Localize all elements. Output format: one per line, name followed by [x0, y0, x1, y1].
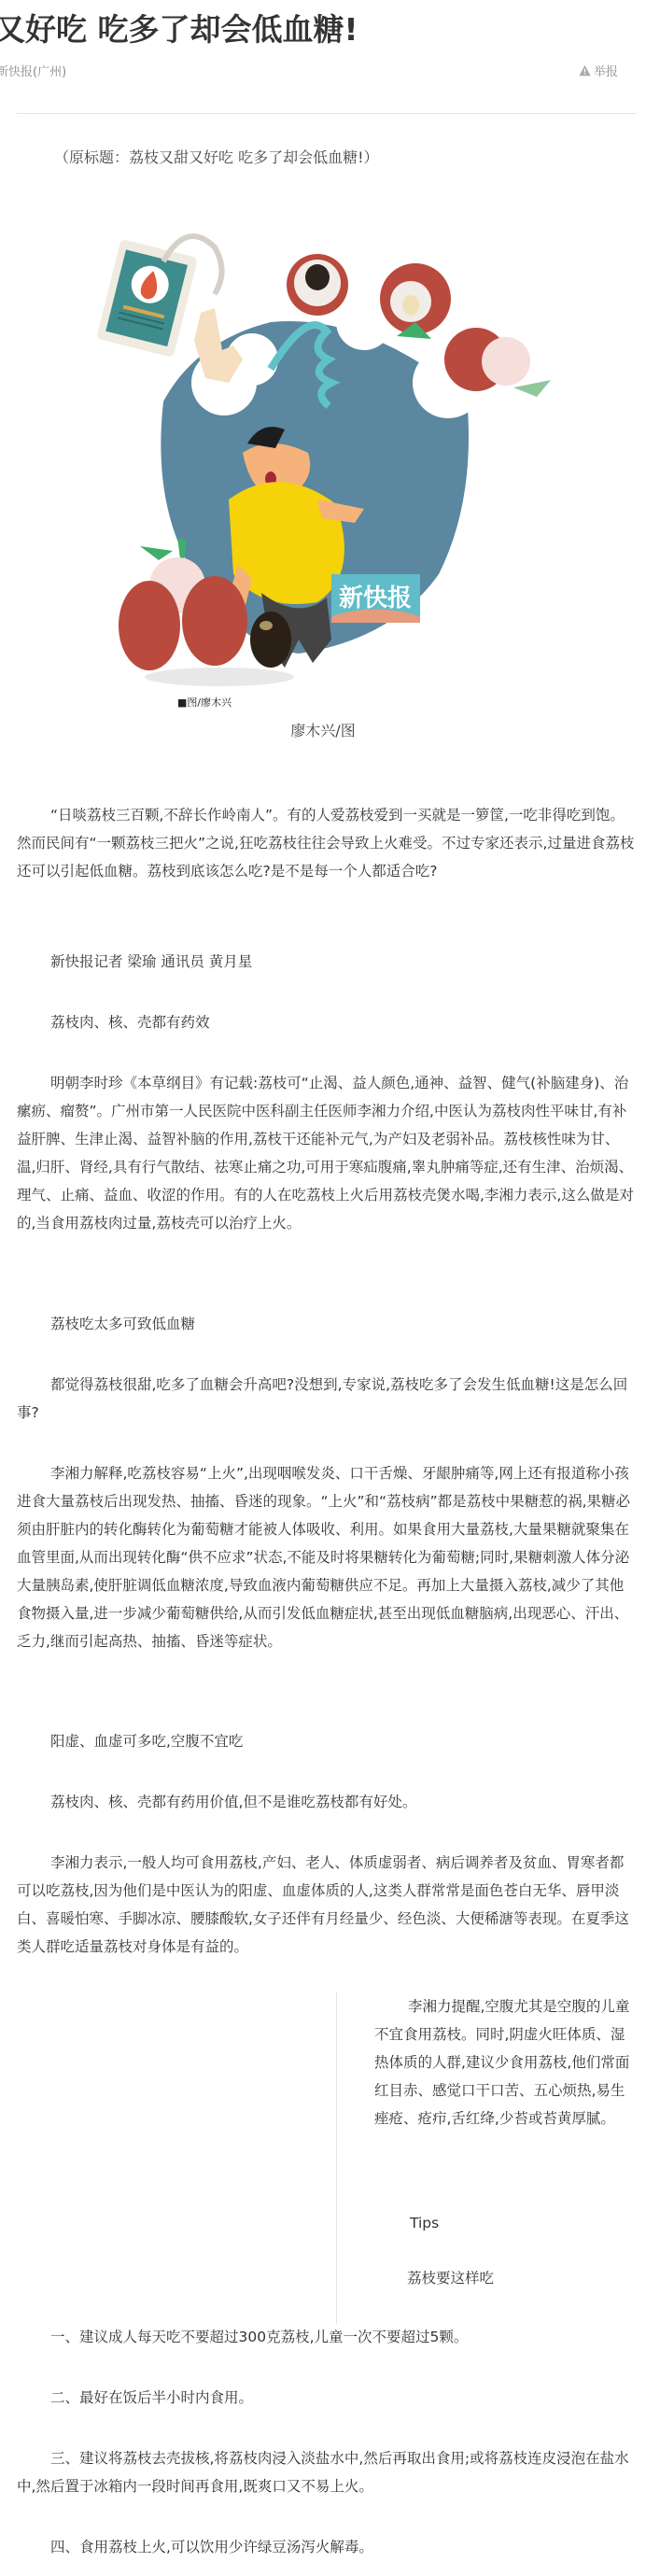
byline: 新快报记者 梁瑜 通讯员 黄月星 [17, 948, 637, 976]
body-paragraph: 都觉得荔枝很甜,吃多了血糖会升高吧?没想到,专家说,荔枝吃多了会发生低血糖!这是… [17, 1371, 637, 1427]
tip-item: 四、食用荔枝上火,可以饮用少许绿豆汤泻火解毒。 [17, 2533, 637, 2561]
article-illustration: 新快报 [84, 219, 569, 691]
sidebar-paragraph: 李湘力提醒,空腹尤其是空腹的儿童不宜食用荔枝。同时,阴虚火旺体质、湿热体质的人群… [374, 1992, 638, 2133]
article-title: 又好吃 吃多了却会低血糖! [0, 6, 358, 49]
tips-title: 荔枝要这样吃 [407, 2264, 594, 2292]
intro-paragraph: “日啖荔枝三百颗,不辞长作岭南人”。有的人爱荔枝爱到一买就是一箩筐,一吃非得吃到… [17, 801, 637, 885]
figure-caption: 廖木兴/图 [0, 719, 646, 740]
svg-text:新快报: 新快报 [339, 584, 412, 612]
lychee-illustration-image: 新快报 [84, 219, 569, 691]
tips-label: Tips [410, 2209, 646, 2237]
body-paragraph: 荔枝肉、核、壳都有药用价值,但不是谁吃荔枝都有好处。 [17, 1788, 637, 1816]
tip-item: 一、建议成人每天吃不要超过300克荔枝,儿童一次不要超过5颗。 [17, 2323, 637, 2351]
tip-item: 三、建议将荔枝去壳拔核,将荔枝肉浸入淡盐水中,然后再取出食用;或将荔枝连皮浸泡在… [17, 2444, 637, 2500]
section-heading: 阳虚、血虚可多吃,空腹不宜吃 [17, 1727, 637, 1755]
report-button[interactable]: 举报 [579, 62, 618, 79]
source-label: 新快报(广州) [0, 62, 66, 79]
body-paragraph: 李湘力表示,一般人均可食用荔枝,产妇、老人、体质虚弱者、病后调养者及贫血、胃寒者… [17, 1849, 637, 1961]
article-meta: 新快报(广州) 举报 [0, 60, 646, 82]
newspaper-logo: 新快报 [331, 574, 420, 623]
section-heading: 荔枝肉、核、壳都有药效 [17, 1008, 637, 1036]
body-paragraph: 李湘力解释,吃荔枝容易“上火”,出现咽喉发炎、口干舌燥、牙龈肿痛等,网上还有报道… [17, 1459, 637, 1655]
image-credit: ■图/廖木兴 [177, 695, 232, 710]
warning-icon [579, 64, 591, 77]
tip-item: 二、最好在饭后半小时内食用。 [17, 2384, 637, 2412]
section-heading: 荔枝吃太多可致低血糖 [17, 1310, 637, 1338]
header-divider [17, 113, 637, 114]
report-label: 举报 [594, 62, 618, 79]
body-paragraph: 明朝李时珍《本草纲目》有记载:荔枝可“止渴、益人颜色,通神、益智、健气(补脑建身… [17, 1069, 637, 1237]
original-title: （原标题：荔枝又甜又好吃 吃多了却会低血糖!） [54, 146, 379, 167]
